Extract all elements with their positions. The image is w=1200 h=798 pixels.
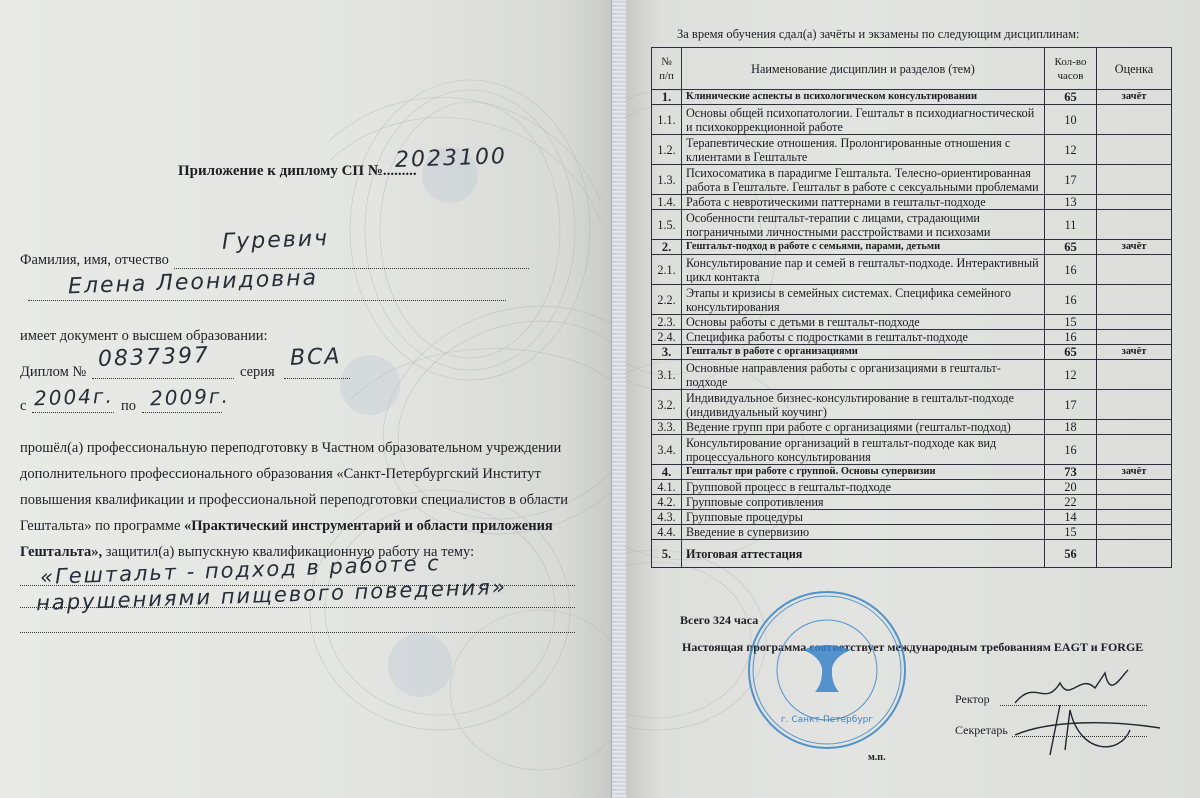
- cell-num: 1.: [652, 90, 682, 105]
- cell-hours: 17: [1045, 165, 1097, 195]
- header-name: Наименование дисциплин и разделов (тем): [682, 48, 1045, 90]
- cell-grade: зачёт: [1097, 240, 1172, 255]
- cell-name: Гештальт при работе с группой. Основы су…: [682, 465, 1045, 480]
- table-row: 1.5.Особенности гештальт-терапии с лицам…: [652, 210, 1172, 240]
- cell-grade: [1097, 135, 1172, 165]
- cell-hours: 14: [1045, 510, 1097, 525]
- supplement-title: Приложение к диплому СП №.........: [178, 163, 417, 180]
- table-body: 1.Клинические аспекты в психологическом …: [652, 90, 1172, 568]
- cell-num: 3.1.: [652, 360, 682, 390]
- cell-name: Терапевтические отношения. Пролонгирован…: [682, 135, 1045, 165]
- cell-name: Гештальт-подход в работе с семьями, пара…: [682, 240, 1045, 255]
- cell-name: Индивидуальное бизнес-консультирование в…: [682, 390, 1045, 420]
- fio-line-2: [28, 300, 506, 301]
- cell-num: 4.2.: [652, 495, 682, 510]
- cell-grade: [1097, 360, 1172, 390]
- cell-hours: 11: [1045, 210, 1097, 240]
- to-label: по: [121, 398, 136, 415]
- secretary-label: Секретарь: [955, 723, 1008, 738]
- cell-grade: [1097, 165, 1172, 195]
- table-row: 2.3.Основы работы с детьми в гештальт-по…: [652, 315, 1172, 330]
- to-year-handwritten: 2009г.: [150, 384, 231, 411]
- cell-hours: 16: [1045, 330, 1097, 345]
- cell-num: 4.: [652, 465, 682, 480]
- cell-grade: [1097, 285, 1172, 315]
- cell-num: 1.1.: [652, 105, 682, 135]
- body-line-3: повышения квалификации и профессионально…: [20, 492, 568, 509]
- cell-hours: 56: [1045, 540, 1097, 568]
- table-row: 2.4.Специфика работы с подростками в геш…: [652, 330, 1172, 345]
- seal-label: м.п.: [868, 752, 886, 763]
- cell-name: Основы общей психопатологии. Гештальт в …: [682, 105, 1045, 135]
- cell-grade: [1097, 480, 1172, 495]
- cell-hours: 13: [1045, 195, 1097, 210]
- cell-grade: [1097, 210, 1172, 240]
- to-line: [142, 412, 222, 413]
- cell-name: Особенности гештальт-терапии с лицами, с…: [682, 210, 1045, 240]
- body-line-4: Гештальта» по программе «Практический ин…: [20, 518, 553, 535]
- body-line-1: прошёл(а) профессиональную переподготовк…: [20, 440, 561, 457]
- cell-hours: 15: [1045, 315, 1097, 330]
- cell-hours: 65: [1045, 345, 1097, 360]
- diploma-number-handwritten: 0837397: [98, 343, 211, 372]
- rector-label: Ректор: [955, 692, 990, 707]
- cell-name: Специфика работы с подростками в гешталь…: [682, 330, 1045, 345]
- diploma-number-line: [92, 378, 234, 379]
- cell-hours: 65: [1045, 240, 1097, 255]
- cell-grade: зачёт: [1097, 465, 1172, 480]
- institution-stamp: г. Санкт-Петербург: [735, 588, 925, 753]
- cell-num: 3.2.: [652, 390, 682, 420]
- table-row: 1.Клинические аспекты в психологическом …: [652, 90, 1172, 105]
- table-row: 1.2.Терапевтические отношения. Пролонгир…: [652, 135, 1172, 165]
- table-row: 5.Итоговая аттестация56: [652, 540, 1172, 568]
- cell-name: Психосоматика в парадигме Гештальта. Тел…: [682, 165, 1045, 195]
- cell-grade: [1097, 495, 1172, 510]
- header-number: № п/п: [652, 48, 682, 90]
- cell-num: 2.2.: [652, 285, 682, 315]
- cell-num: 2.4.: [652, 330, 682, 345]
- cell-grade: [1097, 510, 1172, 525]
- cell-grade: [1097, 255, 1172, 285]
- cell-num: 1.5.: [652, 210, 682, 240]
- table-row: 2.2.Этапы и кризисы в семейных системах.…: [652, 285, 1172, 315]
- cell-num: 1.4.: [652, 195, 682, 210]
- cell-name: Консультирование организаций в гештальт-…: [682, 435, 1045, 465]
- cell-grade: [1097, 390, 1172, 420]
- program-name-part2: Гештальта»,: [20, 544, 102, 560]
- thesis-line-3: [20, 632, 575, 633]
- cell-num: 2.: [652, 240, 682, 255]
- table-row: 4.2.Групповые сопротивления22: [652, 495, 1172, 510]
- cell-name: Введение в супервизию: [682, 525, 1045, 540]
- cell-name: Групповые сопротивления: [682, 495, 1045, 510]
- cell-hours: 16: [1045, 255, 1097, 285]
- cell-hours: 65: [1045, 90, 1097, 105]
- cell-hours: 18: [1045, 420, 1097, 435]
- header-hours: Кол-во часов: [1045, 48, 1097, 90]
- cell-hours: 22: [1045, 495, 1097, 510]
- cell-grade: [1097, 420, 1172, 435]
- disciplines-table: № п/п Наименование дисциплин и разделов …: [651, 47, 1172, 568]
- series-handwritten: ВСА: [290, 344, 342, 371]
- table-row: 1.4.Работа с невротическими паттернами в…: [652, 195, 1172, 210]
- cell-grade: [1097, 525, 1172, 540]
- cell-name: Консультирование пар и семей в гештальт-…: [682, 255, 1045, 285]
- cell-num: 5.: [652, 540, 682, 568]
- table-row: 4.4.Введение в супервизию15: [652, 525, 1172, 540]
- left-page: Приложение к диплому СП №......... 20231…: [0, 0, 612, 798]
- cell-hours: 12: [1045, 135, 1097, 165]
- body-line-2: дополнительного профессионального образо…: [20, 466, 541, 483]
- cell-grade: [1097, 540, 1172, 568]
- cell-hours: 73: [1045, 465, 1097, 480]
- cell-hours: 16: [1045, 285, 1097, 315]
- cell-name: Работа с невротическими паттернами в геш…: [682, 195, 1045, 210]
- cell-num: 4.1.: [652, 480, 682, 495]
- cell-grade: [1097, 105, 1172, 135]
- supplement-number-handwritten: 2023100: [395, 144, 508, 173]
- stamp-emblem-icon: [803, 645, 851, 692]
- table-row: 2.1.Консультирование пар и семей в гешта…: [652, 255, 1172, 285]
- cell-num: 3.3.: [652, 420, 682, 435]
- cell-num: 2.1.: [652, 255, 682, 285]
- table-row: 3.4.Консультирование организаций в гешта…: [652, 435, 1172, 465]
- cell-hours: 16: [1045, 435, 1097, 465]
- table-row: 1.1.Основы общей психопатологии. Гешталь…: [652, 105, 1172, 135]
- program-name-part1: «Практический инструментарий и области п…: [184, 518, 553, 534]
- table-row: 4.Гештальт при работе с группой. Основы …: [652, 465, 1172, 480]
- stamp-city: г. Санкт-Петербург: [781, 715, 873, 725]
- cell-grade: [1097, 315, 1172, 330]
- disciplines-heading: За время обучения сдал(а) зачёты и экзам…: [677, 27, 1080, 42]
- from-year-handwritten: 2004г.: [34, 384, 115, 411]
- cell-hours: 12: [1045, 360, 1097, 390]
- cell-name: Ведение групп при работе с организациями…: [682, 420, 1045, 435]
- table-row: 3.3.Ведение групп при работе с организац…: [652, 420, 1172, 435]
- table-row: 4.3.Групповые процедуры14: [652, 510, 1172, 525]
- cell-num: 1.2.: [652, 135, 682, 165]
- cell-name: Основные направления работы с организаци…: [682, 360, 1045, 390]
- cell-hours: 15: [1045, 525, 1097, 540]
- series-line: [284, 378, 350, 379]
- cell-grade: [1097, 195, 1172, 210]
- cell-name: Групповой процесс в гештальт-подходе: [682, 480, 1045, 495]
- table-header-row: № п/п Наименование дисциплин и разделов …: [652, 48, 1172, 90]
- cell-grade: зачёт: [1097, 345, 1172, 360]
- table-row: 3.2.Индивидуальное бизнес-консультирован…: [652, 390, 1172, 420]
- cell-grade: зачёт: [1097, 90, 1172, 105]
- cell-grade: [1097, 330, 1172, 345]
- cell-num: 4.4.: [652, 525, 682, 540]
- cell-name: Гештальт в работе с организациями: [682, 345, 1045, 360]
- table-row: 2.Гештальт-подход в работе с семьями, па…: [652, 240, 1172, 255]
- from-label: с: [20, 398, 26, 415]
- table-row: 3.1.Основные направления работы с органи…: [652, 360, 1172, 390]
- cell-num: 3.: [652, 345, 682, 360]
- cell-name: Этапы и кризисы в семейных системах. Спе…: [682, 285, 1045, 315]
- fio-name-handwritten: Елена Леонидовна: [68, 266, 319, 300]
- from-line: [32, 412, 114, 413]
- cell-name: Итоговая аттестация: [682, 540, 1045, 568]
- cell-hours: 17: [1045, 390, 1097, 420]
- header-grade: Оценка: [1097, 48, 1172, 90]
- cell-hours: 10: [1045, 105, 1097, 135]
- cell-num: 3.4.: [652, 435, 682, 465]
- cell-num: 4.3.: [652, 510, 682, 525]
- body-line-4-prefix: Гештальта» по программе: [20, 518, 184, 534]
- cell-num: 2.3.: [652, 315, 682, 330]
- fio-label: Фамилия, имя, отчество: [20, 252, 169, 269]
- cell-name: Клинические аспекты в психологическом ко…: [682, 90, 1045, 105]
- table-row: 1.3.Психосоматика в парадигме Гештальта.…: [652, 165, 1172, 195]
- table-row: 3.Гештальт в работе с организациями65зач…: [652, 345, 1172, 360]
- secretary-signature: [1010, 700, 1160, 760]
- diploma-label: Диплом №: [20, 364, 86, 381]
- cell-hours: 20: [1045, 480, 1097, 495]
- cell-num: 1.3.: [652, 165, 682, 195]
- cell-name: Основы работы с детьми в гештальт-подход…: [682, 315, 1045, 330]
- table-row: 4.1.Групповой процесс в гештальт-подходе…: [652, 480, 1172, 495]
- cell-name: Групповые процедуры: [682, 510, 1045, 525]
- fio-surname-handwritten: Гуревич: [222, 226, 330, 255]
- cell-grade: [1097, 435, 1172, 465]
- higher-edu-label: имеет документ о высшем образовании:: [20, 328, 268, 345]
- supplement-title-text: Приложение к диплому СП №: [178, 163, 383, 179]
- series-label: серия: [240, 364, 275, 381]
